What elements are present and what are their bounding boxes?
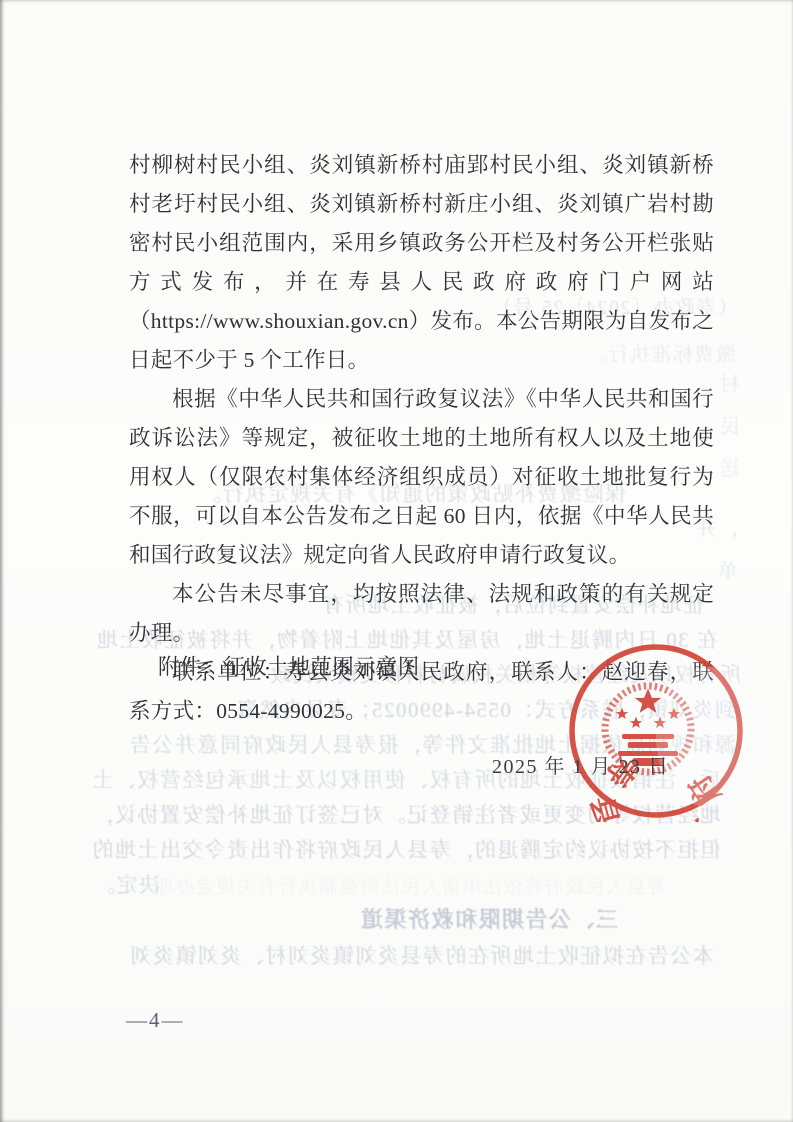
document-page: （寿政办〔2024〕25 号）缴费标准执行。村民送保险缴费补贴政策的通知》有关规… (0, 0, 793, 1122)
date-line: 2025 年 1 月 23 日 (492, 750, 670, 779)
bleed-line: 本公告在拟征收土地所在的寿县炎刘镇炎刘村、炎刘镇炎刘 (129, 940, 714, 970)
paragraph: 根据《中华人民共和国行政复议法》《中华人民共和国行政诉讼法》等规定，被征收土地的… (129, 380, 714, 575)
bleed-line: 民 (719, 410, 741, 439)
page-number: —4— (126, 1008, 185, 1033)
bleed-line: 三、公告期限和救济渠道 (359, 903, 618, 934)
bleed-line: 单 (717, 555, 739, 584)
official-seal-icon: 寿县人民政府 (566, 640, 746, 822)
bleed-line: 村 (719, 368, 741, 397)
paragraph: 村柳树村民小组、炎刘镇新桥村庙郢村民小组、炎刘镇新桥村老圩村民小组、炎刘镇新桥村… (129, 146, 714, 380)
bleed-line: 但拒不按协议约定腾退的，寿县人民政府将作出责令交出土地的 (91, 834, 721, 864)
attachment-line: 附件：征收土地范围示意图 (158, 650, 420, 681)
bleed-line: 寿县人民政府将依法申请人民法院强制执行有关规定办理 (153, 872, 666, 899)
bleed-line: 决定。 (93, 869, 161, 899)
bleed-line: 送 (719, 452, 741, 481)
seal-fade-overlay (656, 667, 746, 807)
